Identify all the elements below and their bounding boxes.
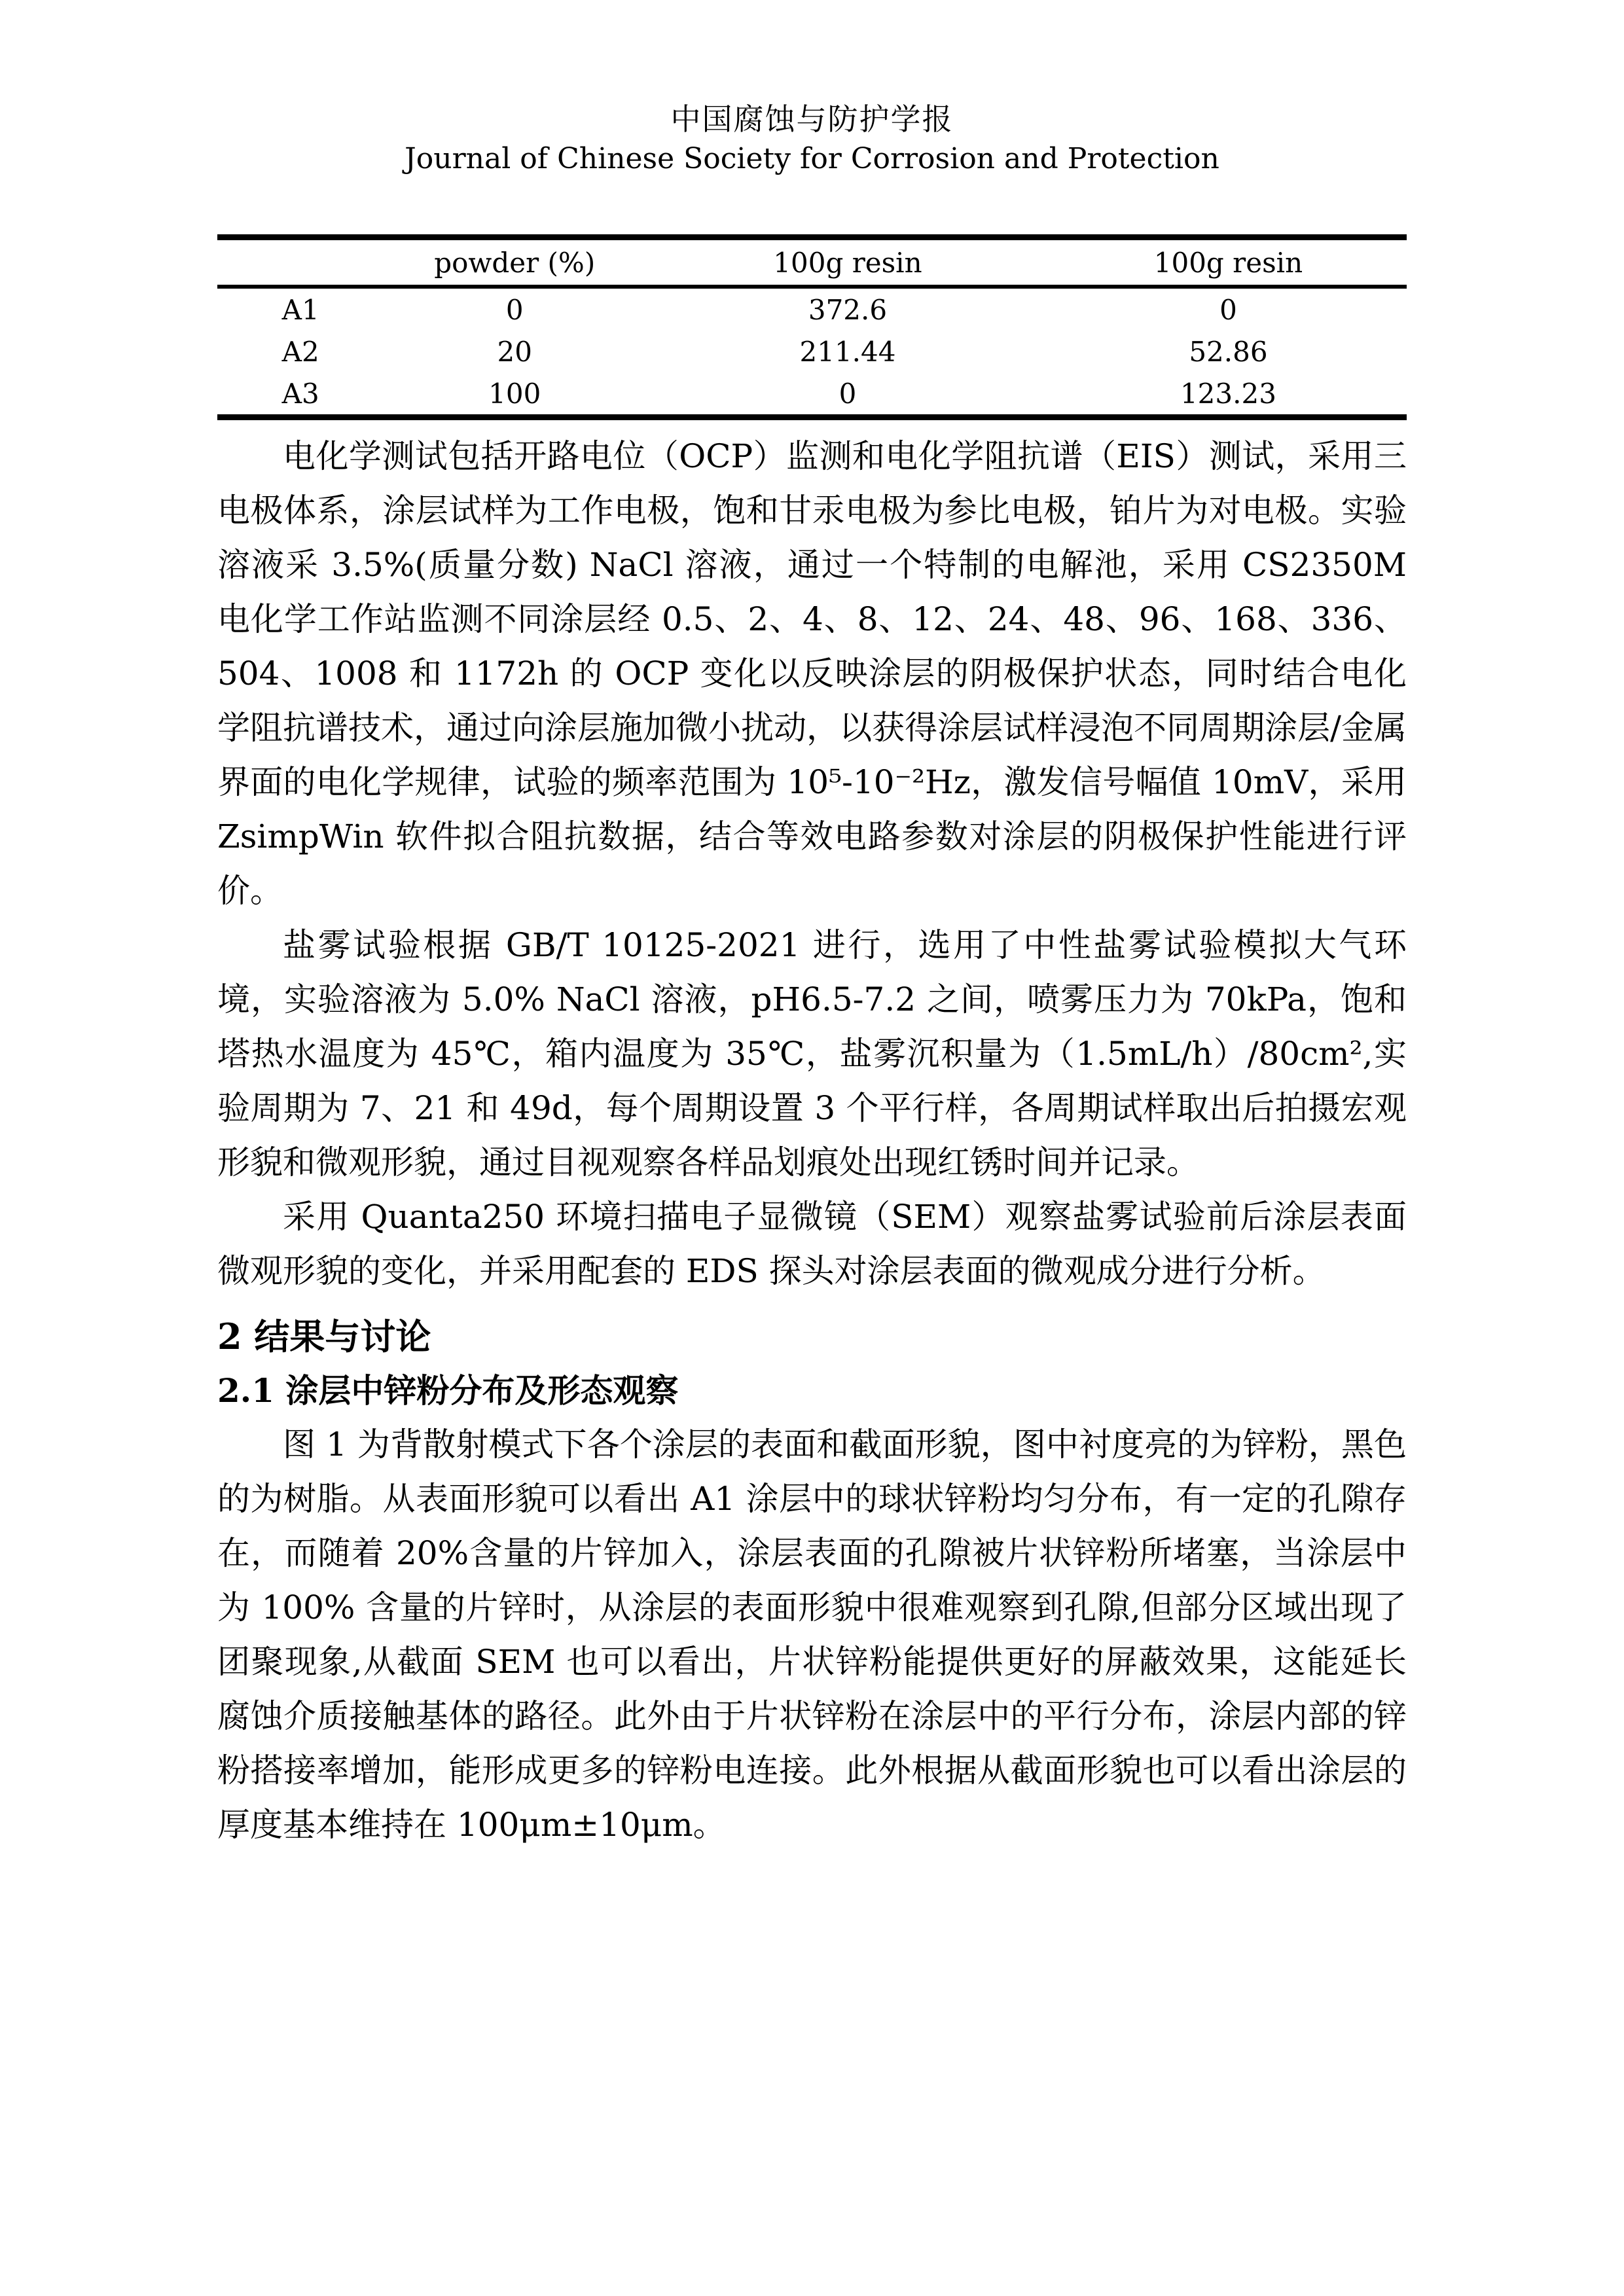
table-cell-resin-2: 0	[1050, 287, 1407, 331]
table-cell-sample: A3	[217, 372, 384, 418]
table-row: A3 100 0 123.23	[217, 372, 1407, 418]
table-header-sample	[217, 238, 384, 287]
paragraph-sem-eds: 采用 Quanta250 环境扫描电子显微镜（SEM）观察盐雾试验前后涂层表面微…	[217, 1190, 1407, 1299]
table-cell-sample: A2	[217, 331, 384, 372]
table-cell-powder: 100	[384, 372, 645, 418]
paragraph-zinc-morphology: 图 1 为背散射模式下各个涂层的表面和截面形貌，图中衬度亮的为锌粉，黑色的为树脂…	[217, 1418, 1407, 1852]
paragraph-electrochemical-tests: 电化学测试包括开路电位（OCP）监测和电化学阻抗谱（EIS）测试，采用三电极体系…	[217, 429, 1407, 918]
table-cell-powder: 20	[384, 331, 645, 372]
paragraph-salt-spray-test: 盐雾试验根据 GB/T 10125-2021 进行，选用了中性盐雾试验模拟大气环…	[217, 918, 1407, 1190]
table-header-row: powder (%) 100g resin 100g resin	[217, 238, 1407, 287]
journal-title-zh: 中国腐蚀与防护学报	[217, 98, 1407, 140]
section-heading-results-discussion: 2 结果与讨论	[217, 1309, 1407, 1364]
table-cell-resin-2: 123.23	[1050, 372, 1407, 418]
table-header-resin-2: 100g resin	[1050, 238, 1407, 287]
formulation-table: powder (%) 100g resin 100g resin A1 0 37…	[217, 234, 1407, 420]
table-cell-powder: 0	[384, 287, 645, 331]
document-page: 中国腐蚀与防护学报 Journal of Chinese Society for…	[0, 0, 1624, 2296]
table-cell-resin-1: 372.6	[645, 287, 1050, 331]
table-cell-sample: A1	[217, 287, 384, 331]
table-cell-resin-2: 52.86	[1050, 331, 1407, 372]
table-row: A2 20 211.44 52.86	[217, 331, 1407, 372]
journal-title-en: Journal of Chinese Society for Corrosion…	[217, 140, 1407, 178]
table-row: A1 0 372.6 0	[217, 287, 1407, 331]
table-cell-resin-1: 0	[645, 372, 1050, 418]
subsection-heading-zinc-distribution: 2.1 涂层中锌粉分布及形态观察	[217, 1364, 1407, 1418]
table-header-powder: powder (%)	[384, 238, 645, 287]
table-cell-resin-1: 211.44	[645, 331, 1050, 372]
table-header-resin-1: 100g resin	[645, 238, 1050, 287]
